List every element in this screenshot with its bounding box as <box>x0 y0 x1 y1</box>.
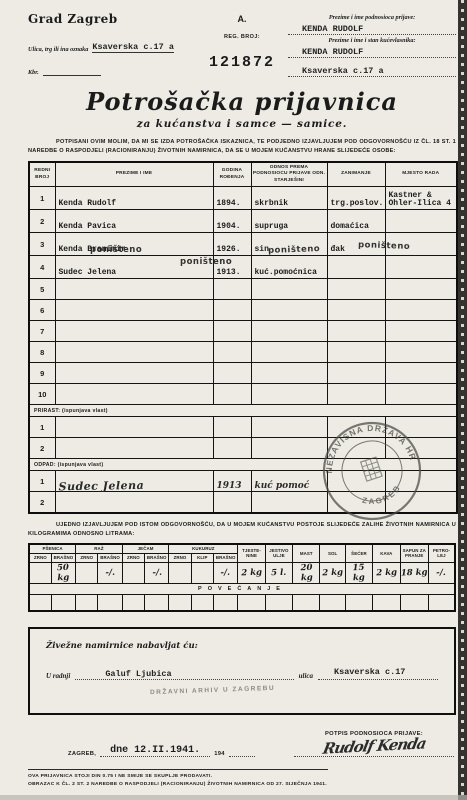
stamp-arc-bottom-text: ZAGREB <box>358 481 406 511</box>
cell-occupation <box>327 321 385 342</box>
form-title: Potrošačka prijavnica <box>28 87 456 116</box>
cell-relation: kuć.pomoćnica <box>251 256 327 279</box>
col-sol: SOL <box>320 544 345 562</box>
empty-cell <box>265 594 292 611</box>
cell-workplace <box>385 384 457 405</box>
scan-edge-strip <box>458 0 467 800</box>
table-row-cancelled: 4 Sudec Jelena 1913. kuć.pomoćnica <box>29 256 457 279</box>
houseowner-label: Prezime i ime i stan kućevlasnika: <box>288 37 456 44</box>
houseowner-street: Ksaverska c.17 a <box>288 66 456 77</box>
cell-year <box>213 363 251 384</box>
cell-workplace <box>385 363 457 384</box>
supply-value: 20 kg <box>292 562 320 584</box>
supplies-declaration: UJEDNO IZJAVLJUJEM POD ISTOM ODGOVORNOŠĆ… <box>28 521 456 539</box>
zagreb-label: ZAGREB, <box>68 751 96 757</box>
supply-value: -/. <box>98 562 123 584</box>
supplies-table: PŠENICA RAŽ JEČAM KUKURUZ TJESTE-NINE JE… <box>28 543 456 611</box>
col-jestivo-ulje: JESTIVO ULJE <box>265 544 292 562</box>
supply-value <box>169 562 192 584</box>
applicant-name: KENDA RUDOLF <box>288 24 456 35</box>
cell-workplace <box>385 321 457 342</box>
col-godina: GODINA ROĐENJA <box>213 162 251 187</box>
street-label: Ulica, trg ili ina oznaka <box>28 46 88 53</box>
empty-cell <box>169 594 191 611</box>
row-number: 2 <box>29 438 55 459</box>
supply-value <box>75 562 98 584</box>
table-row: 7 <box>29 321 457 342</box>
cell-occupation <box>327 256 385 279</box>
cell-occupation <box>327 363 385 384</box>
year-prefix: 194 <box>214 751 225 757</box>
svg-text:ZAGREB: ZAGREB <box>358 481 406 511</box>
date-value: dne 12.II.1941. <box>100 745 210 757</box>
supply-value <box>29 562 52 584</box>
col-petrolej: PETRO-LEJ <box>428 544 455 562</box>
cell-workplace <box>385 300 457 321</box>
supply-value: 5 l. <box>265 562 293 584</box>
povecanje-label: POVEĆANJE <box>29 583 455 594</box>
col-secer: ŠEĆER <box>345 544 372 562</box>
header-right: Prezime i ime podnosioca prijave: KENDA … <box>288 12 456 77</box>
cell-relation <box>251 492 327 514</box>
supply-value: -/. <box>428 562 455 584</box>
empty-cell <box>213 594 237 611</box>
cell-workplace: Kastner & Ohler-Ilica 4 <box>385 187 457 210</box>
row-number: 6 <box>29 300 55 321</box>
ulica-label: ulica <box>299 672 313 680</box>
group-raz: RAŽ <box>76 544 123 553</box>
empty-cell <box>293 594 320 611</box>
shop-name: Galuf Ljubica <box>105 669 171 679</box>
supply-value <box>122 562 145 584</box>
supply-value: -/. <box>144 562 169 584</box>
cell-relation <box>251 300 327 321</box>
col-prezime-ime: PREZIME I IME <box>55 162 213 187</box>
form-subtitle: za kućanstva i samce — samice. <box>28 118 456 130</box>
cell-year: 1913 <box>213 471 251 492</box>
kbr-label: Kbr. <box>28 69 39 76</box>
cell-name <box>55 321 213 342</box>
cell-year <box>213 300 251 321</box>
empty-cell <box>373 594 400 611</box>
cell-relation: skrbnik <box>251 187 327 210</box>
section-letter: A. <box>196 14 288 24</box>
empty-cell <box>76 594 98 611</box>
cell-name: Sudec Jelena <box>55 469 213 493</box>
footer-line-1: OVA PRIJAVNICA STOJI DIN 0.75 I NE SMIJE… <box>28 773 456 782</box>
cell-name <box>55 279 213 300</box>
ponisteno-stamp: poništeno <box>358 240 410 252</box>
col-mjesto-rada: MJESTO RADA <box>385 162 457 187</box>
table-row: 6 <box>29 300 457 321</box>
cell-year <box>213 321 251 342</box>
row-number: 5 <box>29 279 55 300</box>
ponisteno-stamp: poništeno <box>90 245 142 255</box>
registration-number: 121872 <box>196 54 288 71</box>
cell-name <box>55 363 213 384</box>
form-header: Grad Zagreb Ulica, trg ili ina oznaka Ks… <box>28 12 456 77</box>
signature-row: ZAGREB, dne 12.II.1941. 194 POTPIS PODNO… <box>28 731 456 757</box>
shop-declaration-box: Živežne namirnice nabavljat ću: U radnji… <box>28 627 456 715</box>
household-table-wrap: REDNI BROJ PREZIME I IME GODINA ROĐENJA … <box>28 161 456 514</box>
cell-workplace <box>385 342 457 363</box>
scan-bottom-shadow <box>0 795 467 800</box>
cell-name: Kenda Rudolf <box>55 187 213 210</box>
table-row: 5 <box>29 279 457 300</box>
cell-relation <box>251 384 327 405</box>
povecanje-row: POVEĆANJE <box>29 583 455 594</box>
cell-year: 1904. <box>213 210 251 233</box>
scanned-form-page: Grad Zagreb Ulica, trg ili ina oznaka Ks… <box>0 0 467 800</box>
ponisteno-stamp: poništeno <box>180 257 232 267</box>
supplies-empty-row <box>29 594 455 611</box>
header-left: Grad Zagreb Ulica, trg ili ina oznaka Ks… <box>28 12 196 77</box>
supplies-group-header: PŠENICA RAŽ JEČAM KUKURUZ TJESTE-NINE JE… <box>29 544 455 553</box>
footer-line-2: OBRAZAC K ČL. 2 ST. 2 NAREDBE O RASPODJE… <box>28 781 456 790</box>
cell-occupation <box>327 342 385 363</box>
cell-workplace <box>385 210 457 233</box>
cell-name <box>55 384 213 405</box>
cell-occupation <box>327 384 385 405</box>
empty-cell <box>122 594 144 611</box>
shop-street: Ksaverska c.17 <box>334 667 405 677</box>
table-row: 2 Kenda Pavica 1904. supruga domaćica <box>29 210 457 233</box>
row-number: 1 <box>29 417 55 438</box>
cell-relation <box>251 342 327 363</box>
empty-cell <box>400 594 428 611</box>
cell-occupation <box>327 279 385 300</box>
table-row: 9 <box>29 363 457 384</box>
group-jecam: JEČAM <box>122 544 169 553</box>
empty-cell <box>29 594 51 611</box>
cell-workplace <box>385 279 457 300</box>
footer-rule <box>28 769 328 770</box>
stamp-emblem <box>361 457 382 481</box>
cell-year <box>213 342 251 363</box>
empty-cell <box>320 594 345 611</box>
cell-occupation <box>327 300 385 321</box>
col-zanimanje: ZANIMANJE <box>327 162 385 187</box>
cell-relation <box>251 279 327 300</box>
table-row: 10 <box>29 384 457 405</box>
col-kava: KAVA <box>373 544 400 562</box>
table-row: 1 Kenda Rudolf 1894. skrbnik trg.poslov.… <box>29 187 457 210</box>
cell-name <box>55 342 213 363</box>
col-redni-broj: REDNI BROJ <box>29 162 55 187</box>
cell-year: 1894. <box>213 187 251 210</box>
col-tjestenine: TJESTE-NINE <box>238 544 265 562</box>
empty-cell <box>98 594 122 611</box>
cell-year <box>213 492 251 514</box>
empty-cell <box>238 594 265 611</box>
col-mast: MAST <box>293 544 320 562</box>
supply-value: 2 kg <box>372 562 400 584</box>
empty-cell <box>191 594 213 611</box>
u-radnji-label: U radnji <box>46 672 70 680</box>
cell-relation <box>251 321 327 342</box>
household-header-row: REDNI BROJ PREZIME I IME GODINA ROĐENJA … <box>29 162 457 187</box>
row-number: 10 <box>29 384 55 405</box>
reg-broj-label: REG. BROJ: <box>196 34 288 40</box>
street-value: Ksaverska c.17 a <box>92 42 174 53</box>
kbr-blank-line <box>43 75 101 76</box>
ponisteno-stamp: poništeno <box>268 244 320 256</box>
archive-stamp: DRŽAVNI ARHIV U ZAGREBU <box>150 684 275 695</box>
group-psenica: PŠENICA <box>29 544 76 553</box>
cell-name <box>55 417 213 438</box>
cell-occupation: domaćica <box>327 210 385 233</box>
supply-value: 50 kg <box>51 562 76 584</box>
houseowner-name: KENDA RUDOLF <box>288 47 456 58</box>
cell-name <box>55 438 213 459</box>
cell-name <box>55 492 213 514</box>
cell-relation: kuć pomoć <box>251 471 327 492</box>
supply-value <box>191 562 214 584</box>
supply-value: 2 kg <box>320 562 346 584</box>
row-number: 3 <box>29 233 55 256</box>
row-number: 2 <box>29 210 55 233</box>
cell-year: 1926. <box>213 233 251 256</box>
cell-workplace <box>385 256 457 279</box>
cell-relation <box>251 363 327 384</box>
empty-cell <box>345 594 372 611</box>
shop-box-title: Živežne namirnice nabavljat ću: <box>46 641 438 651</box>
row-number: 9 <box>29 363 55 384</box>
header-middle: A. REG. BROJ: 121872 <box>196 12 288 77</box>
cell-year <box>213 417 251 438</box>
intro-paragraph: POTPISANI OVIM MOLIM, DA MI SE IZDA POTR… <box>28 138 456 156</box>
row-number: 1 <box>29 187 55 210</box>
cell-year <box>213 384 251 405</box>
row-number: 7 <box>29 321 55 342</box>
supply-value: -/. <box>213 562 238 584</box>
applicant-label: Prezime i ime podnosioca prijave: <box>288 14 456 21</box>
applicant-signature: Rudolf Kenda <box>321 734 427 758</box>
row-number: 4 <box>29 256 55 279</box>
empty-cell <box>145 594 169 611</box>
cell-year <box>213 279 251 300</box>
table-row: 8 <box>29 342 457 363</box>
cell-name: Kenda Pavica <box>55 210 213 233</box>
col-sapun: SAPUN ZA PRANJE <box>400 544 428 562</box>
supply-value: 18 kg <box>400 562 429 584</box>
supplies-values-row: 50 kg -/. -/. -/. 2 kg 5 l. 20 kg 2 kg 1… <box>29 562 455 583</box>
cell-name <box>55 300 213 321</box>
year-blank <box>229 756 255 757</box>
perforation-dots <box>461 0 464 800</box>
cell-year <box>213 438 251 459</box>
row-number: 1 <box>29 471 55 492</box>
form-footer: OVA PRIJAVNICA STOJI DIN 0.75 I NE SMIJE… <box>28 769 456 791</box>
row-number: 8 <box>29 342 55 363</box>
cell-occupation: trg.poslov. <box>327 187 385 210</box>
col-odnos: ODNOS PREMA PODNOSIOCU PRIJAVE ODN. STAR… <box>251 162 327 187</box>
row-number: 2 <box>29 492 55 514</box>
city-title: Grad Zagreb <box>28 12 196 26</box>
empty-cell <box>428 594 455 611</box>
empty-cell <box>51 594 75 611</box>
group-kukuruz: KUKURUZ <box>169 544 238 553</box>
supply-value: 2 kg <box>237 562 265 584</box>
cell-relation: supruga <box>251 210 327 233</box>
supply-value: 15 kg <box>345 562 373 584</box>
